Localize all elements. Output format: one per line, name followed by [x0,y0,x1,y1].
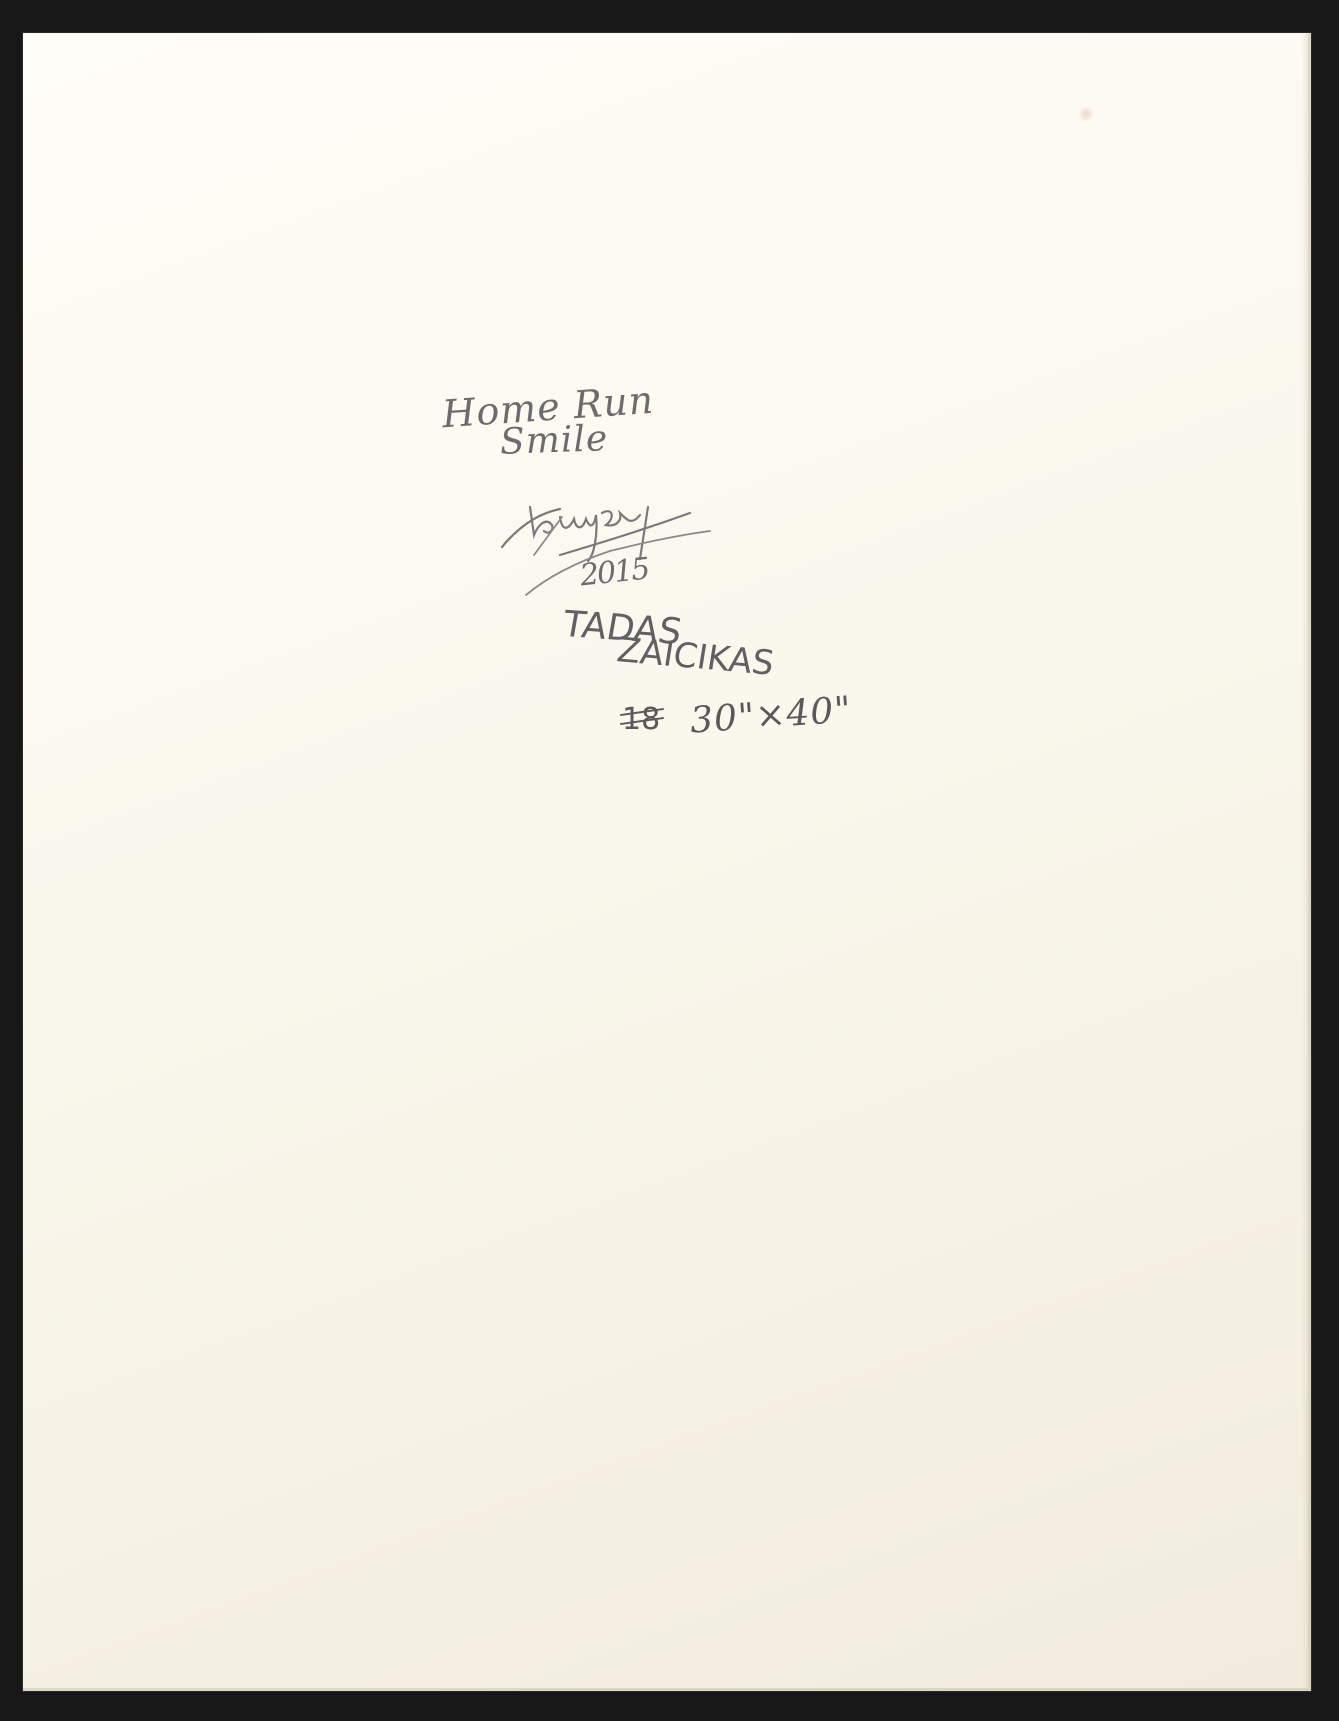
year: 2015 [578,552,650,594]
paper-sheet [23,33,1311,1691]
paper-blemish [1079,105,1093,123]
title-line-2: Smile [499,418,609,463]
artist-signature [490,495,720,610]
struck-out-number: 18 [622,702,662,732]
